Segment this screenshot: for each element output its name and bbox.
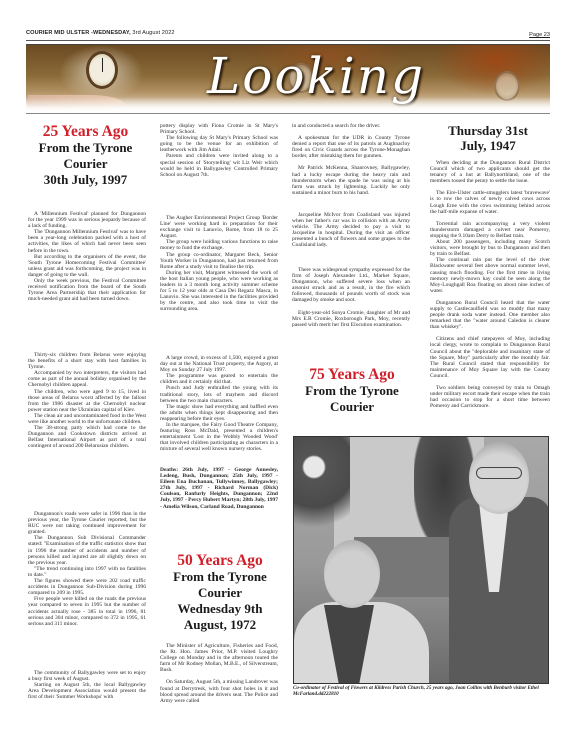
paragraph: On Saturday, August 5th, a missing Landr… xyxy=(160,679,278,703)
heading-line: Wednesday 9th xyxy=(160,601,280,617)
paragraph: Torrential rain accompanying a very viol… xyxy=(430,221,550,239)
story-roads: Dungannon's roads were safer in 1996 tha… xyxy=(28,511,146,627)
section-75-heading: 75 Years Ago From the Tyrone Courier xyxy=(292,366,412,415)
story-belarus: Thirty-six children from Belarus were en… xyxy=(28,352,146,450)
heading-date: August, 1972 xyxy=(160,617,280,633)
paragraph: During her visit, Margaret witnessed the… xyxy=(160,270,278,313)
paragraph: But according to the organisers of the e… xyxy=(28,254,146,278)
paragraph: The 'Dungannon Millennium Festival' was … xyxy=(28,229,146,253)
paragraph: The Eire-Ulster cattle-smugglers latest … xyxy=(430,190,550,214)
heading-line: From the Tyrone xyxy=(292,383,412,399)
heading-line: Courier xyxy=(28,156,143,172)
story-column-3: in and conducted a search for the driver… xyxy=(292,123,410,196)
paragraph: "The trend continuing into 1997 with no … xyxy=(28,566,146,578)
clock-icon xyxy=(86,51,118,89)
paragraph: About 200 passengers, including many Sco… xyxy=(430,239,550,257)
paragraph: The programme was geared to entertain th… xyxy=(160,373,278,385)
paragraph: The Dungannon Sub Divisional Commander s… xyxy=(28,535,146,565)
paragraph: A large crowd, in excess of 1,500, enjoy… xyxy=(160,355,278,373)
publication-line: COURIER MID ULSTER -WEDNESDAY, 3rd Augus… xyxy=(26,30,175,36)
section-75-date-heading: Thursday 31st July, 1947 xyxy=(424,123,552,153)
heading-line: From the Tyrone xyxy=(160,569,280,585)
paragraph: There was widespread sympathy expressed … xyxy=(292,267,410,304)
story-argory: A large crowd, in excess of 1,500, enjoy… xyxy=(160,355,278,453)
heading-line: July, 1947 xyxy=(424,138,552,153)
paragraph: The figures showed there were 202 road t… xyxy=(28,578,146,596)
paragraph: The Minister of Agriculture, Fisheries a… xyxy=(160,643,278,673)
paragraph: Eight-year-old Sonya Cromie, daughter of… xyxy=(292,310,410,328)
paragraph: Only the week previous, the Festival Com… xyxy=(28,278,146,302)
festival-photo xyxy=(293,436,549,684)
story-ballygawley: The community of Ballygawley were set to… xyxy=(28,670,146,700)
paragraph: Punch and Judy enthralled the young with… xyxy=(160,385,278,403)
story-column-4: When deciding at the Dungannon Rural Dis… xyxy=(430,160,550,409)
story-pottery: pottery display with Fiona Cromie in St … xyxy=(160,123,278,178)
paragraph: In the marquee, the Fairy Good Theatre C… xyxy=(160,422,278,452)
story-augher: The Augher Environmental Project Group '… xyxy=(160,215,278,313)
paragraph: The continual rain put the level of the … xyxy=(430,257,550,294)
paragraph: The clean air and uncontaminated food in… xyxy=(28,413,146,425)
paragraph: Accompanied by two interpreters, the vis… xyxy=(28,370,146,388)
heading-date: 30th July, 1997 xyxy=(28,172,143,188)
paragraph: The following day St Mary's Primary Scho… xyxy=(160,135,278,153)
paragraph: The group were holding various functions… xyxy=(160,239,278,251)
publication-date: 3rd August 2022 xyxy=(132,30,174,36)
paragraph: Dungannon's roads were safer in 1996 tha… xyxy=(28,511,146,535)
page-header: COURIER MID ULSTER -WEDNESDAY, 3rd Augus… xyxy=(26,27,550,41)
flowers-image xyxy=(294,437,350,547)
page-number: Page 23 xyxy=(529,32,550,38)
story-sympathy: There was widespread sympathy expressed … xyxy=(292,267,410,328)
red-heading: 75 Years Ago xyxy=(292,366,412,383)
deaths-notice: Deaths: 26th July, 1997 - George Annesle… xyxy=(160,467,278,510)
section-25-heading: 25 Years Ago From the Tyrone Courier 30t… xyxy=(28,123,143,188)
paragraph: A 'Millennium Festival' planned for Dung… xyxy=(28,211,146,229)
paragraph: The 38-strong party which had come to th… xyxy=(28,425,146,449)
section-50-heading: 50 Years Ago From the Tyrone Courier Wed… xyxy=(160,552,280,633)
story-mcivor: Jacqueline McIvor from Coalisland was in… xyxy=(292,212,410,249)
paragraph: Two soldiers being conveyed by train to … xyxy=(430,385,550,409)
banner-mist xyxy=(26,97,550,113)
paragraph: The children, who were aged 9 to 15, liv… xyxy=(28,389,146,413)
paragraph: Starting on August 5th, the local Ballyg… xyxy=(28,682,146,700)
paragraph: Parents and children were invited along … xyxy=(160,153,278,177)
paragraph: Citizens and chief ratepayers of Moy, in… xyxy=(430,336,550,379)
paragraph: The magic show had everything and baffle… xyxy=(160,404,278,422)
paragraph: The Augher Environmental Project Group '… xyxy=(160,215,278,239)
paragraph: A spokesman for the UDR in County Tyrone… xyxy=(292,135,410,159)
paragraph: The group co-ordinator, Margaret Beck, S… xyxy=(160,252,278,270)
red-heading: 25 Years Ago xyxy=(28,123,143,140)
heading-line: From the Tyrone xyxy=(28,140,143,156)
heading-line: Thursday 31st xyxy=(424,123,552,138)
paragraph: Jacqueline McIvor from Coalisland was in… xyxy=(292,212,410,249)
story-millennium: A 'Millennium Festival' planned for Dung… xyxy=(28,211,146,302)
paragraph: The community of Ballygawley were set to… xyxy=(28,670,146,682)
paragraph: in and conducted a search for the driver… xyxy=(292,123,410,129)
paragraph: When deciding at the Dungannon Rural Dis… xyxy=(430,160,550,184)
photo-caption: Co-ordinator of Festival of Flowers at K… xyxy=(293,686,551,698)
heading-line: Courier xyxy=(160,585,280,601)
paragraph: Mr Patrick McKenna, Shanrovney, Ballygaw… xyxy=(292,165,410,195)
publication-name: COURIER MID ULSTER -WEDNESDAY, xyxy=(26,30,131,36)
paragraph: Dungannon Rural Council heard that the w… xyxy=(430,300,550,330)
red-heading: 50 Years Ago xyxy=(160,552,280,569)
paragraph: pottery display with Fiona Cromie in St … xyxy=(160,123,278,135)
paragraph: Thirty-six children from Belarus were en… xyxy=(28,352,146,370)
looking-back-banner: Looking Back xyxy=(26,44,550,114)
story-minister: The Minister of Agriculture, Fisheries a… xyxy=(160,643,278,704)
paragraph: Five people were killed on the roads the… xyxy=(28,596,146,626)
heading-line: Courier xyxy=(292,399,412,415)
